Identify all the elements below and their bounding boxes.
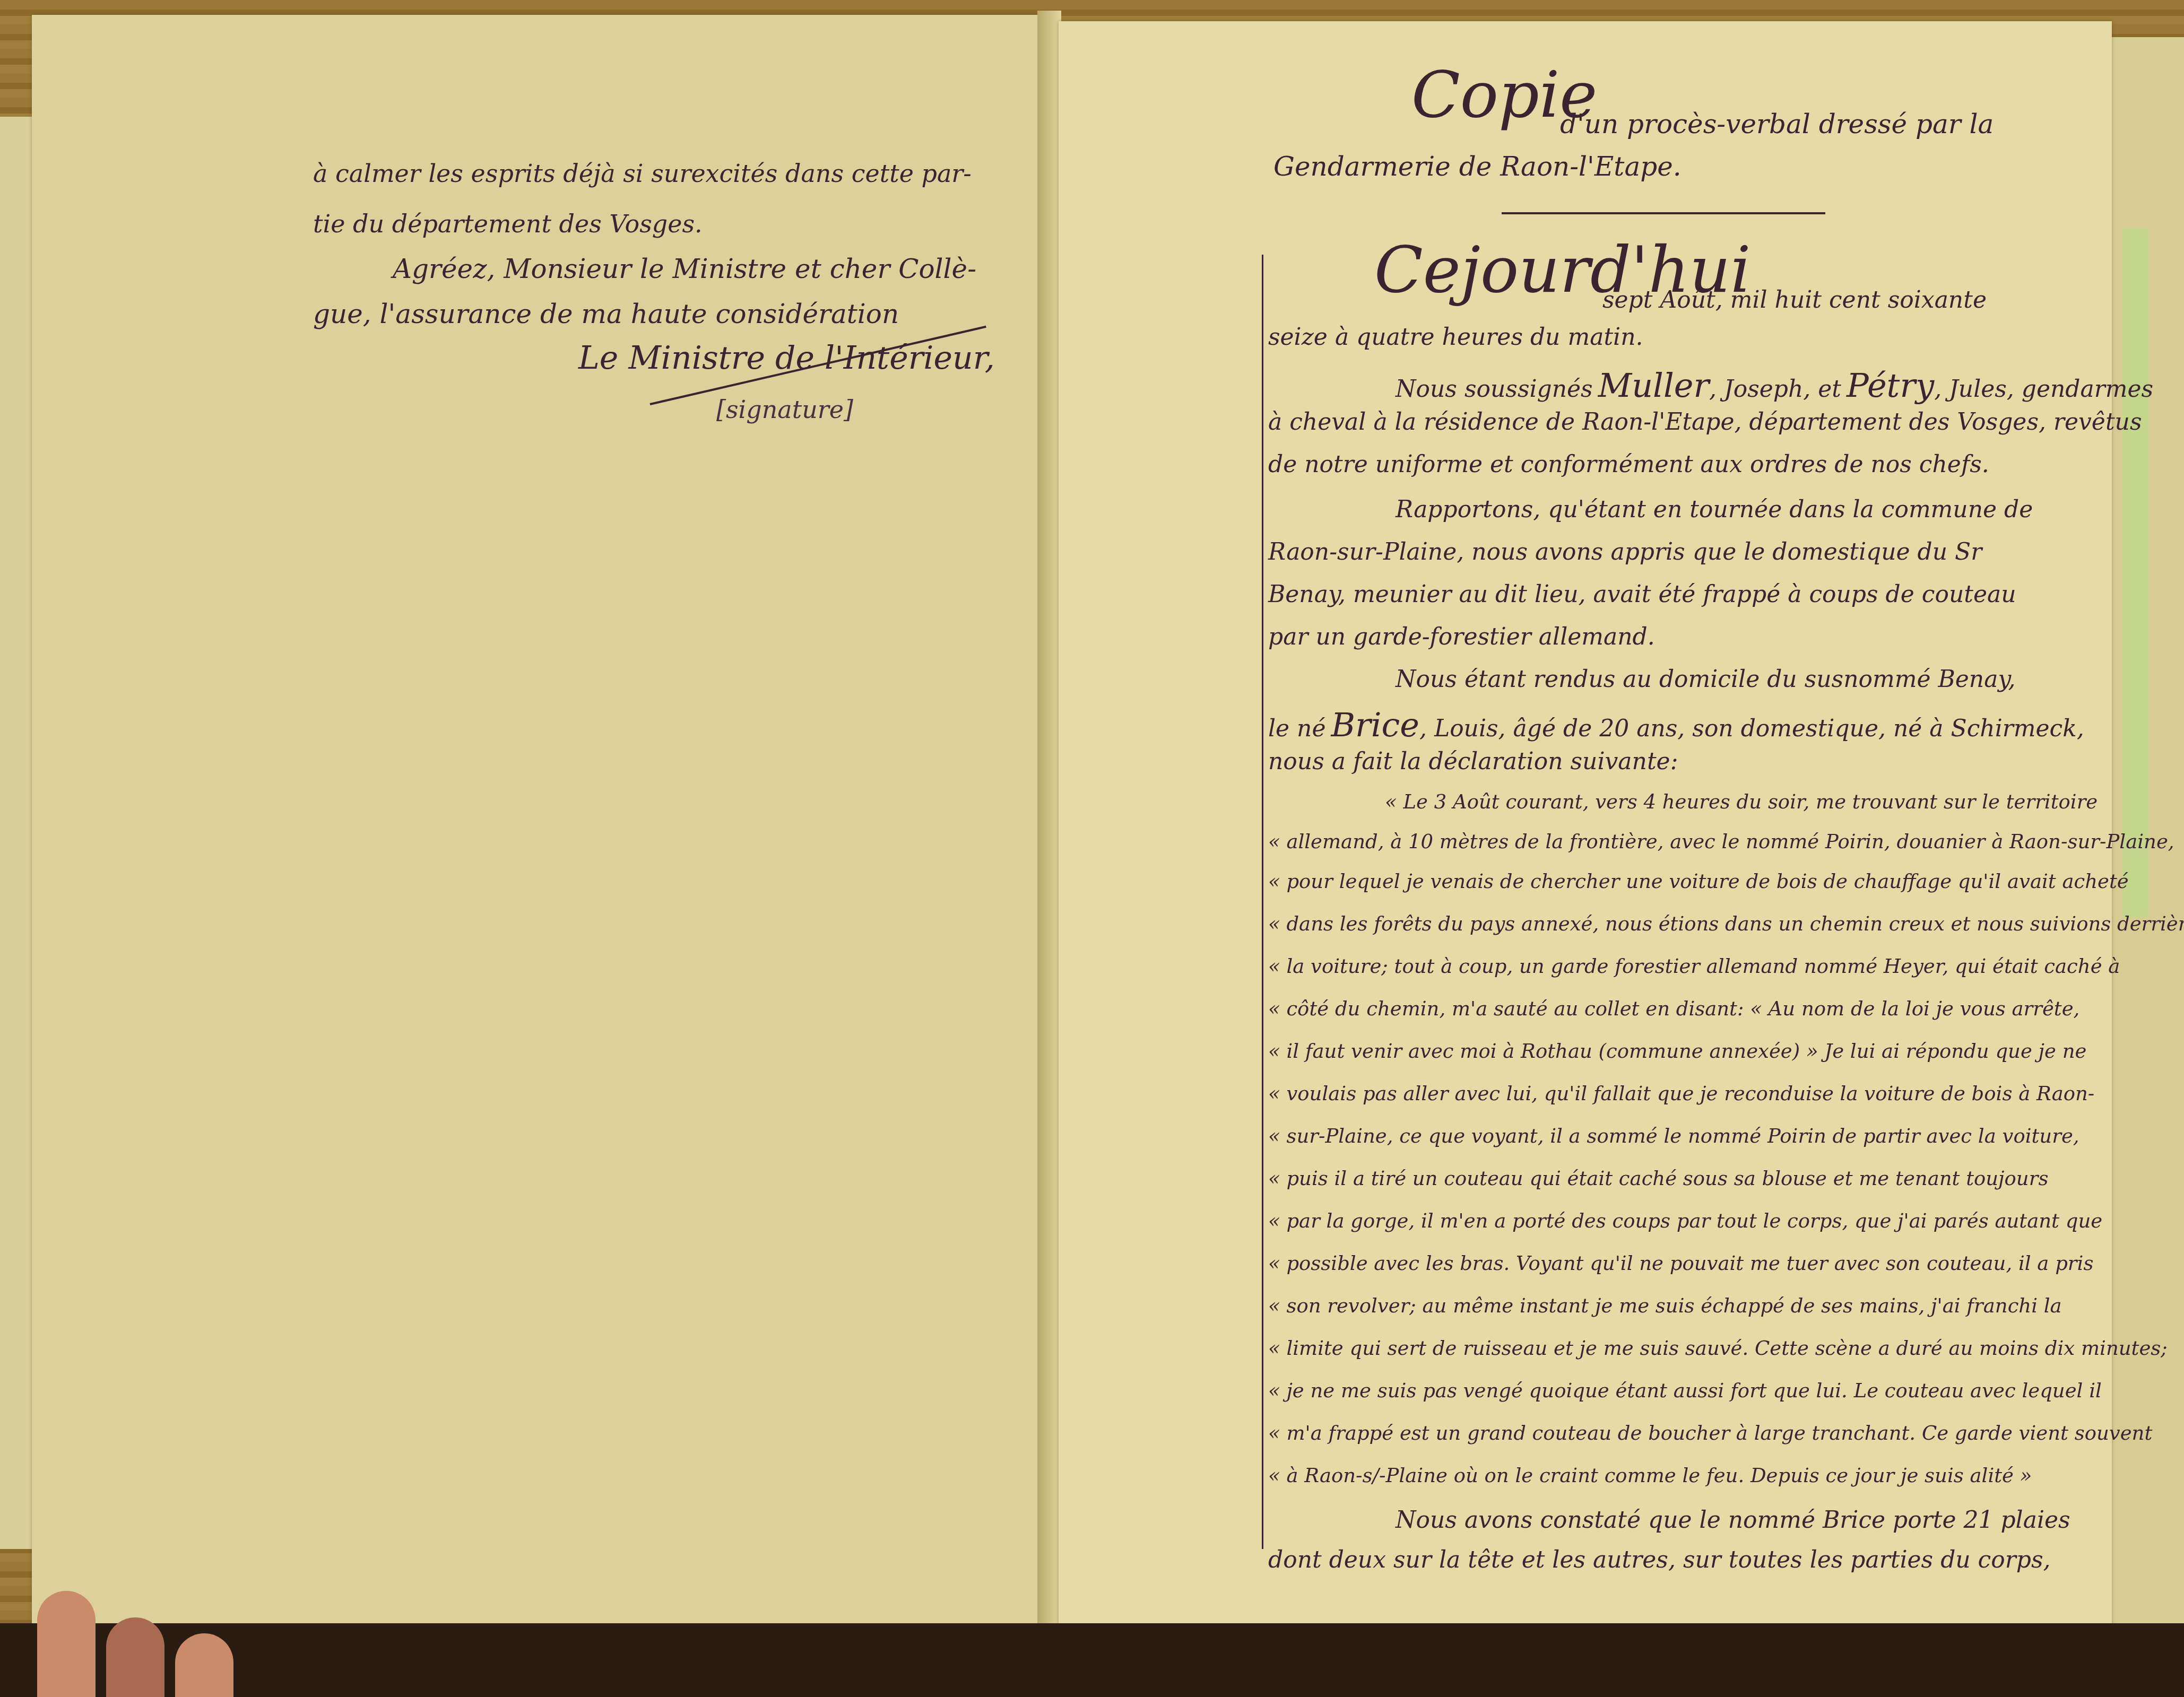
report-line: « je ne me suis pas vengé quoique étant … (1268, 1379, 2102, 1402)
report-line: « Le 3 Août courant, vers 4 heures du so… (1385, 790, 2098, 813)
report-line: Benay, meunier au dit lieu, avait été fr… (1268, 581, 2016, 608)
report-line: « côté du chemin, m'a sauté au collet en… (1268, 997, 2079, 1020)
report-line: Nous étant rendus au domicile du susnomm… (1396, 666, 2015, 693)
report-line: « il faut venir avec moi à Rothau (commu… (1268, 1040, 2086, 1063)
report-line: Raon-sur-Plaine, nous avons appris que l… (1268, 538, 1982, 565)
left-line-1: à calmer les esprits déjà si surexcités … (313, 149, 972, 199)
report-line: « voulais pas aller avec lui, qu'il fall… (1268, 1082, 2094, 1105)
report-line: « son revolver; au même instant je me su… (1268, 1294, 2062, 1317)
title-underline (1502, 212, 1825, 214)
report-line: le néBrice, Louis, âgé de 20 ans, son do… (1268, 706, 2084, 744)
report-line: par un garde-forestier allemand. (1268, 623, 1655, 650)
report-line: « par la gorge, il m'en a porté des coup… (1268, 1209, 2102, 1232)
report-line: sept Août, mil huit cent soixante (1602, 286, 1987, 314)
report-line: « sur-Plaine, ce que voyant, il a sommé … (1268, 1125, 2079, 1147)
report-line: « la voiture; tout à coup, un garde fore… (1268, 955, 2120, 978)
report-line: « dans les forêts du pays annexé, nous é… (1268, 912, 2184, 935)
title-line-2: Gendarmerie de Raon-l'Etape. (1273, 151, 1682, 182)
left-line-2: tie du département des Vosges. (313, 199, 703, 249)
report-line: dont deux sur la tête et les autres, sur… (1268, 1546, 2051, 1573)
report-line: « limite qui sert de ruisseau et je me s… (1268, 1337, 2168, 1360)
report-line: de notre uniforme et conformément aux or… (1268, 451, 1989, 478)
report-line: « à Raon-s/-Plaine où on le craint comme… (1268, 1464, 2032, 1487)
emphasized-name: Brice (1331, 706, 1419, 744)
report-line: Nous avons constaté que le nommé Brice p… (1396, 1507, 2070, 1534)
report-line: à cheval à la résidence de Raon-l'Etape,… (1268, 408, 2142, 436)
book-gutter (1037, 11, 1061, 1660)
emphasized-name: Muller (1598, 366, 1709, 405)
report-line: Nous soussignésMuller, Joseph, etPétry, … (1396, 366, 2153, 405)
holding-hand (0, 1570, 340, 1697)
report-line: « pour lequel je venais de chercher une … (1268, 870, 2129, 893)
report-line: Rapportons, qu'étant en tournée dans la … (1396, 496, 2033, 523)
left-line-4: gue, l'assurance de ma haute considérati… (313, 289, 899, 340)
report-line: « possible avec les bras. Voyant qu'il n… (1268, 1252, 2093, 1275)
emphasized-name: Pétry (1847, 366, 1934, 405)
minister-signature: [signature] (716, 395, 853, 424)
margin-rule (1262, 255, 1263, 1549)
report-line: nous a fait la déclaration suivante: (1268, 748, 1678, 775)
title-line-1: d'un procès-verbal dressé par la (1560, 109, 1994, 140)
report-line: seize à quatre heures du matin. (1268, 324, 1643, 351)
report-line: « m'a frappé est un grand couteau de bou… (1268, 1422, 2152, 1444)
green-divider-tab (2122, 228, 2149, 918)
left-line-3: Agréez, Monsieur le Ministre et cher Col… (393, 244, 976, 294)
report-line: « allemand, à 10 mètres de la frontière,… (1268, 830, 2174, 853)
report-line: « puis il a tiré un couteau qui était ca… (1268, 1167, 2048, 1190)
